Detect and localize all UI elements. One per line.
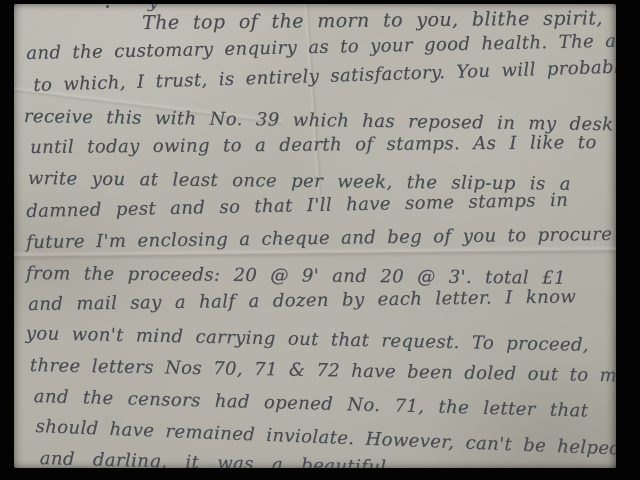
letter-line: three letters Nos 70, 71 & 72 have been … [30, 355, 616, 386]
paper-vertical-crease [302, 4, 323, 194]
letter-line: and mail say a half a dozen by each lett… [28, 286, 576, 315]
letter-paper: y The top of the morn to you, blithe spi… [14, 4, 616, 468]
letter-line: and the censors had opened No. 71, the l… [33, 386, 588, 422]
previous-line-ink-dot [106, 5, 109, 8]
letter-line: to which, I trust, is entirely satisfact… [33, 56, 616, 96]
previous-line-fragment: y [148, 4, 159, 12]
letter-line: damned pest and so that I'll have some s… [26, 190, 568, 222]
letter-line: receive this with No. 39 which has repos… [24, 106, 614, 135]
letter-line: The top of the morn to you, blithe spiri… [142, 7, 603, 34]
letter-line: until today owing to a dearth of stamps.… [30, 132, 597, 158]
scan-background: y The top of the morn to you, blithe spi… [0, 0, 640, 480]
letter-line: and darling, it was a beautiful [39, 448, 386, 468]
letter-line: from the proceeds: 20 @ 9' and 20 @ 3'. … [26, 263, 566, 289]
letter-line: you won't mind carrying out that request… [26, 323, 590, 356]
